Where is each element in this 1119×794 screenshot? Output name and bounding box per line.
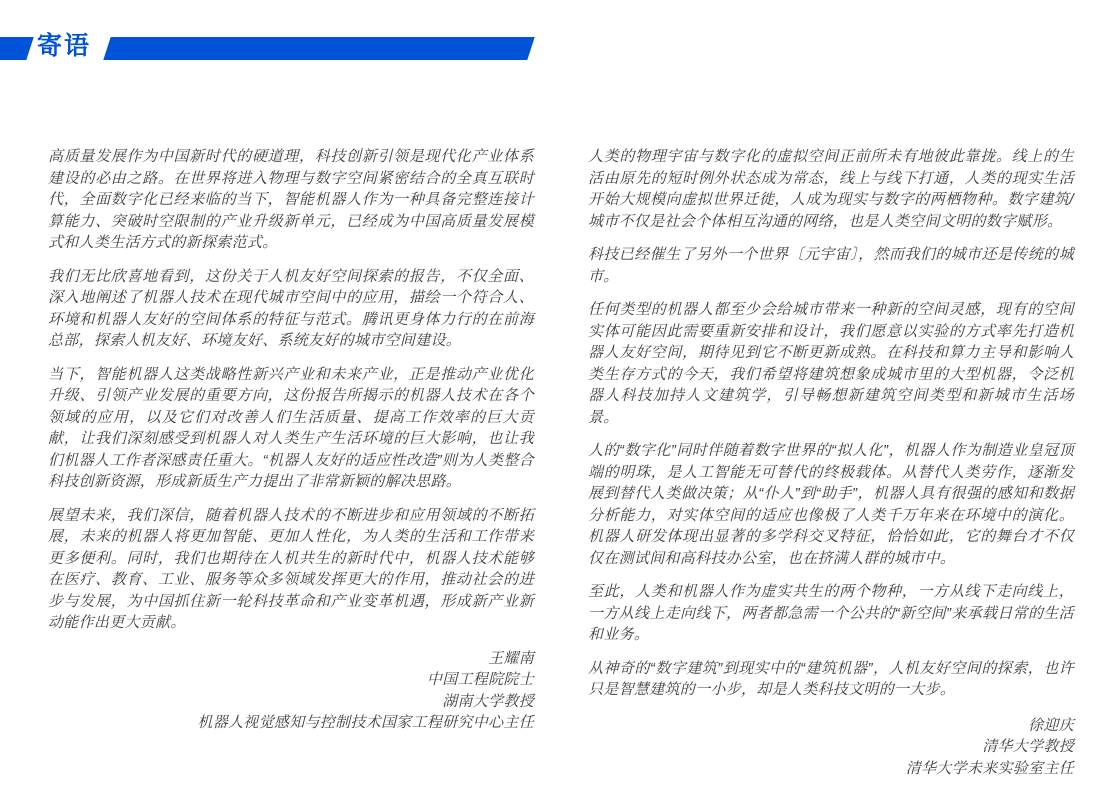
paragraph: 我们无比欣喜地看到，这份关于人机友好空间探索的报告，不仅全面、深入地阐述了机器人… — [48, 266, 534, 352]
signature-block-right: 徐迎庆 清华大学教授 清华大学未来实验室主任 — [588, 715, 1074, 780]
paragraph: 任何类型的机器人都至少会给城市带来一种新的空间灵感，现有的空间实体可能因此需要重… — [588, 299, 1074, 428]
paragraph: 人的“数字化”同时伴随着数字世界的“拟人化”，机器人作为制造业皇冠顶端的明珠，是… — [588, 440, 1074, 569]
signature-title: 清华大学未来实验室主任 — [588, 758, 1074, 780]
signature-title: 机器人视觉感知与控制技术国家工程研究中心主任 — [48, 712, 534, 734]
paragraph: 至此，人类和机器人作为虚实共生的两个物种，一方从线下走向线上，一方从线上走向线下… — [588, 581, 1074, 646]
signature-title: 清华大学教授 — [588, 736, 1074, 758]
paragraph: 人类的物理宇宙与数字化的虚拟空间正前所未有地彼此靠拢。线上的生活由原先的短时例外… — [588, 146, 1074, 232]
page-title: 寄语 — [37, 32, 91, 60]
header-accent-block — [0, 37, 34, 60]
paragraph: 科技已经催生了另外一个世界〔元宇宙〕，然而我们的城市还是传统的城市。 — [588, 244, 1074, 287]
signature-title: 中国工程院院士 — [48, 669, 534, 691]
paragraph: 当下，智能机器人这类战略性新兴产业和未来产业，正是推动产业优化升级、引领产业发展… — [48, 364, 534, 493]
document-page: 寄语 高质量发展作为中国新时代的硬道理，科技创新引领是现代化产业体系建设的必由之… — [0, 0, 1119, 794]
signature-name: 王耀南 — [48, 648, 534, 670]
paragraph: 从神奇的“数字建筑”到现实中的“建筑机器”，人机友好空间的探索，也许只是智慧建筑… — [588, 658, 1074, 701]
left-column: 高质量发展作为中国新时代的硬道理，科技创新引领是现代化产业体系建设的必由之路。在… — [48, 146, 534, 734]
header-accent-bar — [103, 37, 534, 60]
paragraph: 高质量发展作为中国新时代的硬道理，科技创新引领是现代化产业体系建设的必由之路。在… — [48, 146, 534, 254]
right-column: 人类的物理宇宙与数字化的虚拟空间正前所未有地彼此靠拢。线上的生活由原先的短时例外… — [588, 146, 1074, 779]
paragraph: 展望未来，我们深信，随着机器人技术的不断进步和应用领域的不断拓展，未来的机器人将… — [48, 505, 534, 634]
signature-name: 徐迎庆 — [588, 715, 1074, 737]
signature-block-left: 王耀南 中国工程院院士 湖南大学教授 机器人视觉感知与控制技术国家工程研究中心主… — [48, 648, 534, 734]
signature-title: 湖南大学教授 — [48, 691, 534, 713]
